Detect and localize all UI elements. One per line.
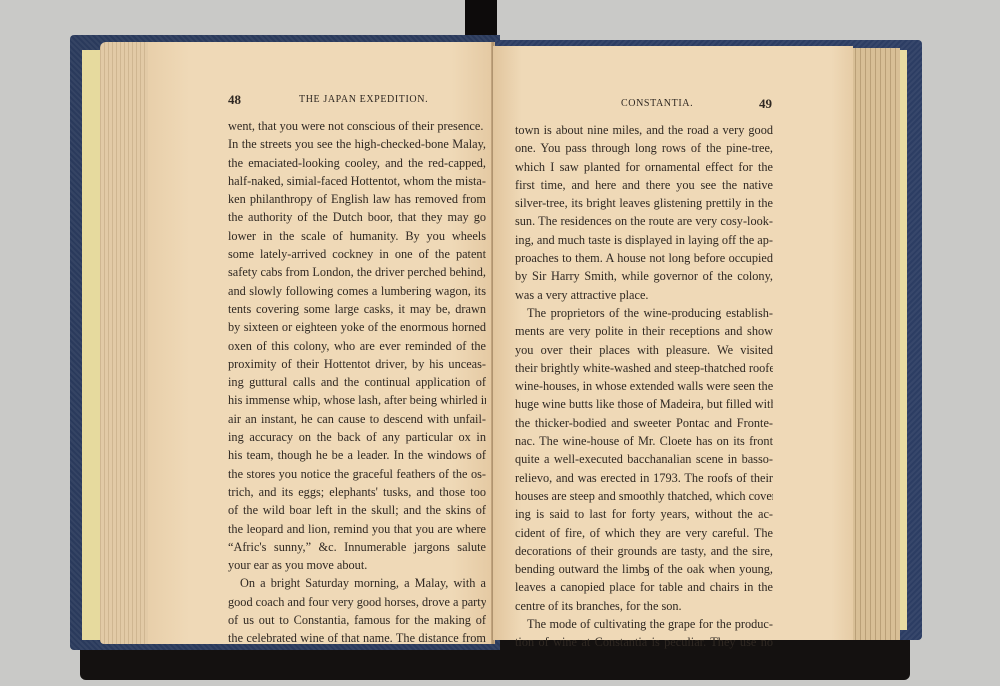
text-line: ing is said to last for forty years, wit… <box>515 505 773 523</box>
text-line: first time, and here and there you see t… <box>515 176 773 194</box>
text-line: cident of fire, of which they are very c… <box>515 524 773 542</box>
text-line: lower in the scale of humanity. By you w… <box>228 227 486 245</box>
text-line: The proprietors of the wine-producing es… <box>515 304 773 322</box>
page-number: 49 <box>759 96 772 112</box>
text-line: proaches to them. A house not long befor… <box>515 249 773 267</box>
text-line: the leopard and lion, remind you that yo… <box>228 520 486 538</box>
text-line: tents covering some large casks, it may … <box>228 300 486 318</box>
text-line: On a bright Saturday morning, a Malay, w… <box>228 574 486 592</box>
text-line: the stores you notice the graceful feath… <box>228 465 486 483</box>
text-line: quite a well-executed bacchanalian scene… <box>515 450 773 468</box>
text-line: nac. The wine-house of Mr. Cloete has on… <box>515 432 773 450</box>
text-line: proximity of their Hottentot driver, by … <box>228 355 486 373</box>
text-line: wine-houses, in whose extended walls wer… <box>515 377 773 395</box>
text-line: silver-tree, its bright leaves glistenin… <box>515 194 773 212</box>
text-line: was a very attractive place. <box>515 286 773 304</box>
text-line: you over their places with pleasure. We … <box>515 341 773 359</box>
signature-mark: 3 <box>644 567 650 579</box>
text-line: ing, and much taste is displayed in layi… <box>515 231 773 249</box>
text-line: leaves a canopied place for table and ch… <box>515 578 773 596</box>
text-line: half-naked, simial-faced Hottentot, whom… <box>228 172 486 190</box>
text-line: the authority of the Dutch boor, that th… <box>228 208 486 226</box>
page-number: 48 <box>228 92 241 108</box>
text-line: safety cabs from London, the driver perc… <box>228 263 486 281</box>
left-page: 48 THE JAPAN EXPEDITION. went, that you … <box>148 42 493 644</box>
text-line: which I saw planted for ornamental effec… <box>515 158 773 176</box>
text-line: ing accuracy on the back of any particul… <box>228 428 486 446</box>
text-line: “Afric's sunny,” &c. Innumerable jargons… <box>228 538 486 556</box>
text-line: his immense whip, whose lash, after bein… <box>228 391 486 409</box>
text-line: houses are steep and smoothly thatched, … <box>515 487 773 505</box>
text-line: his team, though he be a leader. In the … <box>228 446 486 464</box>
text-line: your ear as you move about. <box>228 556 486 574</box>
text-line: town is about nine miles, and the road a… <box>515 121 773 139</box>
text-line: decorations of their grounds are tasty, … <box>515 542 773 560</box>
text-line: oxen of this colony, who are ever remind… <box>228 337 486 355</box>
text-line: ing guttural calls and the continual app… <box>228 373 486 391</box>
running-head: CONSTANTIA. <box>621 98 693 112</box>
text-line: of the wild boar left in the skull; and … <box>228 501 486 519</box>
text-line: one. You pass through long rows of the p… <box>515 139 773 157</box>
page-edges-right <box>850 48 900 640</box>
running-head: THE JAPAN EXPEDITION. <box>299 94 428 108</box>
text-line: of us out to Constantia, famous for the … <box>228 611 486 629</box>
page-body: went, that you were not conscious of the… <box>228 117 486 648</box>
text-line: some lately-arrived cockney in one of th… <box>228 245 486 263</box>
text-line: In the streets you see the high-checked-… <box>228 135 486 153</box>
text-line: the thicker-bodied and sweeter Pontac an… <box>515 414 773 432</box>
text-line: and slowly following comes a lumbering w… <box>228 282 486 300</box>
text-line: good coach and four very good horses, dr… <box>228 593 486 611</box>
right-page: CONSTANTIA. 49 town is about nine miles,… <box>493 46 853 640</box>
text-line: sun. The residences on the route are ver… <box>515 212 773 230</box>
text-line: tion of wine at Constantia is peculiar. … <box>515 633 773 651</box>
text-line: by sixteen or eighteen yoke of the enorm… <box>228 318 486 336</box>
text-line: ments are very polite in their reception… <box>515 322 773 340</box>
text-line: trich, and its eggs; elephants' tusks, a… <box>228 483 486 501</box>
text-line: centre of its branches, for the son. <box>515 597 773 615</box>
text-line: air an instant, he can cause to descend … <box>228 410 486 428</box>
text-line: relievo, and was erected in 1793. The ro… <box>515 469 773 487</box>
text-line: the emaciated-looking cooley, and the re… <box>228 154 486 172</box>
text-line: the celebrated wine of that name. The di… <box>228 629 486 647</box>
text-line: went, that you were not conscious of the… <box>228 117 486 135</box>
text-line: their brightly white-washed and steep-th… <box>515 359 773 377</box>
text-line: ken philanthropy of English law has remo… <box>228 190 486 208</box>
text-line: by Sir Harry Smith, while governor of th… <box>515 267 773 285</box>
text-line: huge wine butts like those of Madeira, b… <box>515 395 773 413</box>
text-line: The mode of cultivating the grape for th… <box>515 615 773 633</box>
